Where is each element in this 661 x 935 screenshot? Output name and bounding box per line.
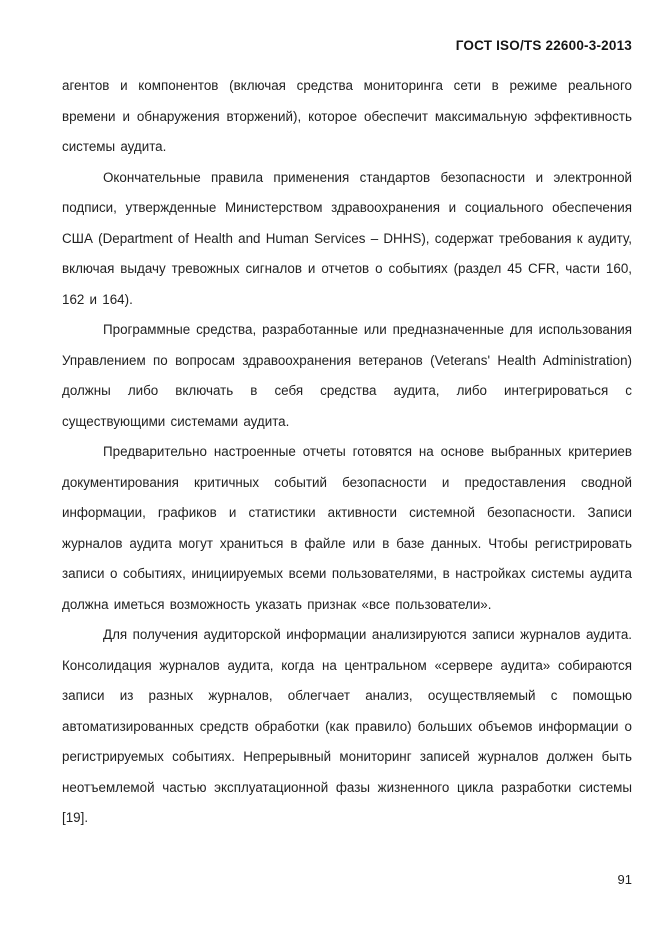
document-page: ГОСТ ISO/TS 22600-3-2013 агентов и компо… (0, 0, 661, 935)
page-number: 91 (618, 872, 632, 887)
paragraph: Окончательные правила применения стандар… (62, 163, 632, 316)
document-body: агентов и компонентов (включая средства … (62, 71, 632, 834)
paragraph: Для получения аудиторской информации ана… (62, 620, 632, 834)
paragraph: Предварительно настроенные отчеты готовя… (62, 437, 632, 620)
paragraph-continuation: агентов и компонентов (включая средства … (62, 71, 632, 163)
paragraph: Программные средства, разработанные или … (62, 315, 632, 437)
document-header: ГОСТ ISO/TS 22600-3-2013 (62, 38, 632, 53)
